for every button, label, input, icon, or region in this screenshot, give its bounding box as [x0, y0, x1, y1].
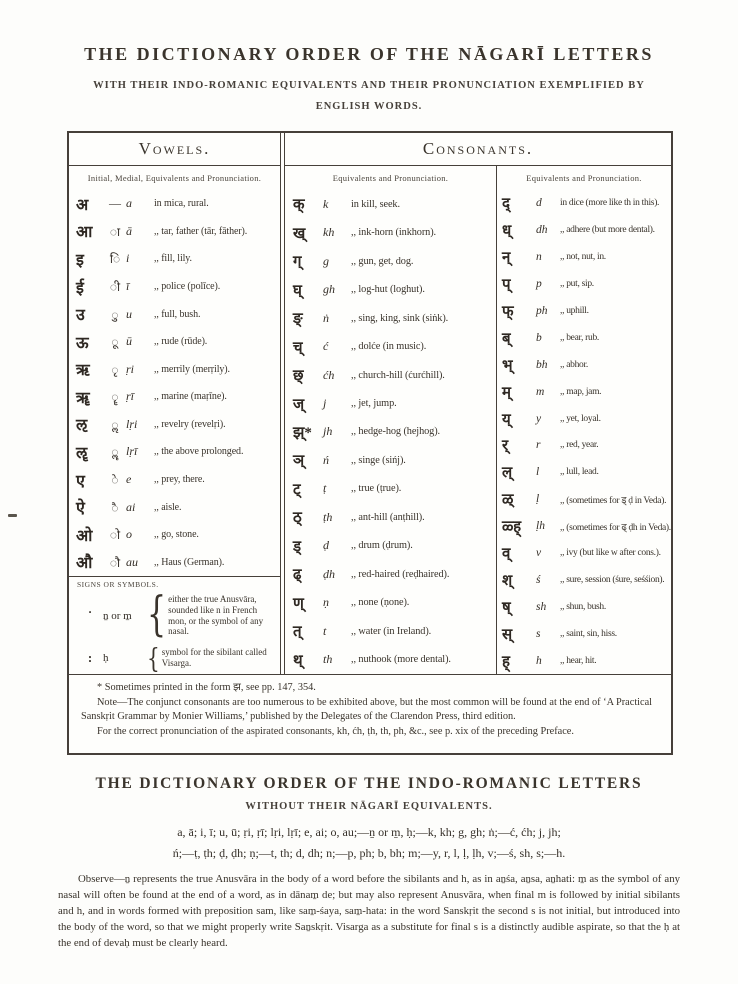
pronunciation-example: ,, marine (maṛīne). [154, 391, 280, 402]
footnote-note: Note—The conjunct consonants are too num… [81, 696, 661, 725]
roman-equivalent: ṭ [323, 481, 351, 496]
nagari-initial-letter: ऌ [76, 413, 104, 435]
roman-equivalent: kh [323, 225, 351, 240]
roman-equivalent: sh [536, 601, 560, 613]
nagari-consonant-letter: च् [293, 337, 323, 357]
pronunciation-example: ,, true (ṭrue). [351, 483, 496, 494]
consonant-row: श् ś ,, sure, session (śure, seśśion). [497, 566, 671, 593]
pronunciation-example: ,, adhere (but more dental). [560, 225, 671, 235]
page-subtitle-line1: WITH THEIR INDO-ROMANIC EQUIVALENTS AND … [0, 80, 738, 91]
pronunciation-example: ,, hear, hit. [560, 656, 671, 666]
vowels-header: Vowels. [69, 133, 280, 166]
consonant-row: भ् bh ,, abhor. [497, 351, 671, 378]
section2-subtitle: WITHOUT THEIR NĀGARĪ EQUIVALENTS. [0, 801, 738, 812]
consonant-row: र् r ,, red, year. [497, 432, 671, 459]
nagari-initial-letter: ओ [76, 524, 104, 546]
consonant-row: घ् gh ,, log-hut (loghut). [285, 275, 496, 303]
pronunciation-example: ,, ivy (but like w after cons.). [560, 548, 671, 558]
nagari-medial-sign: ॢ [104, 416, 126, 433]
consonant-row: स् s ,, saint, sin, hiss. [497, 620, 671, 647]
vowel-row: ऌ ॢ lṛi ,, revelry (revelṛi). [69, 411, 280, 439]
consonant-row: द् d in dice (more like th in this). [497, 190, 671, 217]
table-footnotes: * Sometimes printed in the form झ, see p… [69, 674, 671, 753]
page-subtitle-line2: ENGLISH WORDS. [0, 101, 738, 112]
roman-equivalent: ā [126, 224, 154, 239]
consonants-column-2: Equivalents and Pronunciation. द् d in d… [497, 166, 671, 674]
nagari-medial-sign: ॣ [104, 443, 126, 460]
roman-equivalent: ćh [323, 368, 351, 383]
pronunciation-example: ,, saint, sin, hiss. [560, 629, 671, 639]
pronunciation-example: ,, log-hut (loghut). [351, 284, 496, 295]
consonants-section: Consonants. Equivalents and Pronunciatio… [285, 133, 671, 674]
roman-equivalent: lṛi [126, 417, 154, 432]
consonant-row: ष् sh ,, shun, bush. [497, 593, 671, 620]
consonants-subheader-1: Equivalents and Pronunciation. [285, 166, 496, 190]
vowel-row: आ ा ā ,, tar, father (tār, fāther). [69, 218, 280, 246]
roman-equivalent: g [323, 254, 351, 269]
roman-equivalent: u [126, 307, 154, 322]
nagari-initial-letter: ऋ [76, 358, 104, 380]
roman-equivalent: ń [323, 453, 351, 468]
roman-equivalent: s [536, 628, 560, 640]
vowels-subheader: Initial, Medial, Equivalents and Pronunc… [69, 166, 280, 190]
pronunciation-example: ,, revelry (revelṛi). [154, 419, 280, 430]
nagari-initial-letter: ऊ [76, 331, 104, 353]
roman-equivalent: h [536, 655, 560, 667]
nagari-medial-sign: ृ [104, 361, 126, 378]
nagari-initial-letter: इ [76, 248, 104, 270]
pronunciation-example: ,, church-hill (ćurćhill). [351, 370, 496, 381]
roman-equivalent: th [323, 652, 351, 667]
scan-artifact-mark [8, 514, 17, 517]
pronunciation-example: ,, red-haired (reḍhaired). [351, 569, 496, 580]
vowel-row: ॠ ॄ ṛī ,, marine (maṛīne). [69, 383, 280, 411]
consonant-row: ढ् ḍh ,, red-haired (reḍhaired). [285, 560, 496, 588]
pronunciation-example: ,, ink-horn (inkhorn). [351, 227, 496, 238]
vowels-column: Vowels. Initial, Medial, Equivalents and… [69, 133, 280, 674]
nagari-consonant-letter: घ् [293, 280, 323, 300]
roman-equivalent: e [126, 472, 154, 487]
pronunciation-example: ,, dolće (in music). [351, 341, 496, 352]
nagari-consonant-letter: छ् [293, 365, 323, 385]
roman-equivalent: ṛī [126, 389, 154, 404]
consonant-row: त् t ,, water (in Ireland). [285, 617, 496, 645]
roman-equivalent: ć [323, 339, 351, 354]
letter-order-line2: ń;—ṭ, ṭh; ḍ, ḍh; ṇ;—t, th; d, dh; n;—p, … [56, 843, 682, 864]
nagari-consonant-letter: द् [502, 193, 536, 213]
consonant-row: ळ्ह् ḷh ,, (sometimes for ढ् ḍh in Veda)… [497, 513, 671, 540]
nagari-medial-sign: ा [104, 223, 126, 240]
pronunciation-example: ,, shun, bush. [560, 602, 671, 612]
nagari-consonant-letter: न् [502, 247, 536, 267]
nagari-consonant-letter: ख् [293, 223, 323, 243]
roman-equivalent: ḷ [536, 493, 560, 505]
consonant-row: ण् ṇ ,, none (ṇone). [285, 589, 496, 617]
roman-equivalent: ḍ [323, 538, 351, 553]
vowel-row: ओ ो o ,, go, stone. [69, 521, 280, 549]
nagari-medial-sign: ॄ [104, 388, 126, 405]
pronunciation-example: ,, ant-hill (anṭhill). [351, 512, 496, 523]
nagari-medial-sign: ी [104, 278, 126, 295]
nagari-medial-sign: ु [104, 306, 126, 323]
pronunciation-example: ,, police (polīce). [154, 281, 280, 292]
nagari-initial-letter: ई [76, 276, 104, 298]
consonant-row: ल् l ,, lull, lead. [497, 459, 671, 486]
nagari-consonant-letter: ढ् [293, 564, 323, 584]
roman-equivalent: v [536, 547, 560, 559]
roman-equivalent: bh [536, 359, 560, 371]
nagari-medial-sign: ो [104, 526, 126, 543]
roman-equivalent: y [536, 413, 560, 425]
roman-equivalent: r [536, 439, 560, 451]
nagari-initial-letter: उ [76, 303, 104, 325]
nagari-consonant-letter: ध् [502, 220, 536, 240]
pronunciation-example: ,, not, nut, in. [560, 252, 671, 262]
pronunciation-example: in mica, rural. [154, 198, 280, 209]
nagari-consonant-letter: ब् [502, 328, 536, 348]
signs-symbols-section: SIGNS OR SYMBOLS. ˙ ṉ or m̱ { either the… [69, 576, 280, 674]
pronunciation-example: ,, red, year. [560, 440, 671, 450]
vowel-row: ॡ ॣ lṛī ,, the above prolonged. [69, 438, 280, 466]
pronunciation-example: ,, rude (rūde). [154, 336, 280, 347]
pronunciation-example: ,, the above prolonged. [154, 446, 280, 457]
roman-equivalent: o [126, 527, 154, 542]
roman-equivalent: i [126, 251, 154, 266]
nagari-initial-letter: ऐ [76, 496, 104, 518]
pronunciation-example: ,, gun, get, dog. [351, 256, 496, 267]
nagari-consonant-letter: भ् [502, 355, 536, 375]
consonant-row: य् y ,, yet, loyal. [497, 405, 671, 432]
roman-equivalent: ś [536, 574, 560, 586]
vowel-row: उ ु u ,, full, bush. [69, 300, 280, 328]
nagari-consonant-letter: स् [502, 624, 536, 644]
nagari-consonant-letter: क् [293, 194, 323, 214]
signs-header: SIGNS OR SYMBOLS. [77, 580, 276, 589]
consonant-row: फ् ph ,, uphill. [497, 298, 671, 325]
roman-equivalent: jh [323, 424, 351, 439]
nagari-consonant-letter: ग् [293, 251, 323, 271]
pronunciation-example: in dice (more like th in this). [560, 198, 671, 208]
vowel-row: अ — a in mica, rural. [69, 190, 280, 218]
consonant-row: ड् ḍ ,, drum (ḍrum). [285, 532, 496, 560]
consonant-row: ङ् ṅ ,, sing, king, sink (siṅk). [285, 304, 496, 332]
consonant-columns: Equivalents and Pronunciation. क् k in k… [285, 166, 671, 674]
pronunciation-example: ,, (sometimes for ड् ḍ in Veda). [560, 493, 671, 506]
nagari-consonant-letter: फ् [502, 301, 536, 321]
consonant-row: क् k in kill, seek. [285, 190, 496, 218]
visarga-equivalent: ḥ [103, 652, 147, 664]
pronunciation-example: ,, aisle. [154, 502, 280, 513]
pronunciation-example: ,, water (in Ireland). [351, 626, 496, 637]
observe-paragraph: Observe—ṉ represents the true Anusvāra i… [58, 872, 680, 952]
anusvara-dot-sign: ˙ [77, 608, 103, 624]
consonants-header: Consonants. [285, 133, 671, 166]
section2-title: THE DICTIONARY ORDER OF THE INDO-ROMANIC… [0, 775, 738, 793]
roman-equivalent: t [323, 624, 351, 639]
pronunciation-example: ,, put, sip. [560, 279, 671, 289]
pronunciation-example: ,, prey, there. [154, 474, 280, 485]
roman-equivalent: gh [323, 282, 351, 297]
consonant-rows-1: क् k in kill, seek. ख् kh ,, ink-horn (i… [285, 190, 496, 674]
roman-equivalent: b [536, 332, 560, 344]
vowel-row: ऊ ू ū ,, rude (rūde). [69, 328, 280, 356]
footnote-asterisk: * Sometimes printed in the form झ, see p… [81, 681, 661, 696]
page-title: THE DICTIONARY ORDER OF THE NĀGARĪ LETTE… [0, 44, 738, 65]
roman-equivalent: j [323, 396, 351, 411]
brace-icon: { [147, 642, 160, 674]
letters-table: Vowels. Initial, Medial, Equivalents and… [67, 131, 673, 755]
nagari-consonant-letter: थ् [293, 650, 323, 670]
nagari-medial-sign: े [104, 471, 126, 488]
nagari-consonant-letter: ल् [502, 462, 536, 482]
visarga-colon-sign: : [77, 650, 103, 666]
roman-equivalent: ḍh [323, 567, 351, 582]
nagari-consonant-letter: ञ् [293, 450, 323, 470]
pronunciation-example: ,, yet, loyal. [560, 414, 671, 424]
roman-equivalent: d [536, 197, 560, 209]
roman-equivalent: l [536, 466, 560, 478]
pronunciation-example: ,, none (ṇone). [351, 597, 496, 608]
nagari-consonant-letter: व् [502, 543, 536, 563]
pronunciation-example: ,, nuthook (more dental). [351, 654, 496, 665]
vowel-row: इ ि i ,, fill, lily. [69, 245, 280, 273]
nagari-consonant-letter: य् [502, 409, 536, 429]
consonant-row: ठ् ṭh ,, ant-hill (anṭhill). [285, 503, 496, 531]
vowel-rows: अ — a in mica, rural. आ ा ā ,, tar, fath… [69, 190, 280, 576]
visarga-row: : ḥ { symbol for the sibilant called Vis… [77, 642, 276, 674]
letter-order-line1: a, ā; i, ī; u, ū; ṛi, ṛī; lṛi, lṛī; e, a… [56, 822, 682, 843]
roman-equivalent: au [126, 555, 154, 570]
nagari-medial-sign: — [104, 196, 126, 211]
pronunciation-example: ,, sing, king, sink (siṅk). [351, 313, 496, 324]
vowel-row: ई ी ī ,, police (polīce). [69, 273, 280, 301]
nagari-medial-sign: ि [104, 250, 126, 267]
consonants-column-1: Equivalents and Pronunciation. क् k in k… [285, 166, 497, 674]
nagari-consonant-letter: श् [502, 570, 536, 590]
consonant-row: ञ् ń ,, singe (sińj). [285, 446, 496, 474]
nagari-initial-letter: अ [76, 193, 104, 215]
consonants-subheader-2: Equivalents and Pronunciation. [497, 166, 671, 190]
nagari-consonant-letter: ज् [293, 394, 323, 414]
roman-equivalent: ṭh [323, 510, 351, 525]
pronunciation-example: ,, jet, jump. [351, 398, 496, 409]
pronunciation-example: ,, fill, lily. [154, 253, 280, 264]
consonant-row: झ्* jh ,, hedge-hog (hejhog). [285, 418, 496, 446]
roman-equivalent: ṅ [323, 311, 351, 326]
consonant-row: ट् ṭ ,, true (ṭrue). [285, 475, 496, 503]
roman-equivalent: ū [126, 334, 154, 349]
pronunciation-example: ,, drum (ḍrum). [351, 540, 496, 551]
consonant-row: थ् th ,, nuthook (more dental). [285, 646, 496, 674]
consonant-row: प् p ,, put, sip. [497, 271, 671, 298]
nagari-consonant-letter: ळ् [502, 489, 536, 509]
consonant-row: ज् j ,, jet, jump. [285, 389, 496, 417]
nagari-consonant-letter: ण् [293, 593, 323, 613]
romanic-letter-order: a, ā; i, ī; u, ū; ṛi, ṛī; lṛi, lṛī; e, a… [56, 822, 682, 864]
roman-equivalent: ai [126, 500, 154, 515]
footnote-aspirates: For the correct pronunciation of the asp… [81, 725, 661, 740]
roman-equivalent: ī [126, 279, 154, 294]
consonant-row: ह् h ,, hear, hit. [497, 647, 671, 674]
pronunciation-example: ,, full, bush. [154, 309, 280, 320]
nagari-initial-letter: ॠ [76, 386, 104, 408]
vowel-row: ऋ ृ ṛi ,, merrily (merṛily). [69, 355, 280, 383]
consonant-row: ब् b ,, bear, rub. [497, 324, 671, 351]
nagari-consonant-letter: ष् [502, 597, 536, 617]
scanned-page: THE DICTIONARY ORDER OF THE NĀGARĪ LETTE… [0, 0, 738, 984]
nagari-initial-letter: औ [76, 551, 104, 573]
visarga-description: symbol for the sibilant called Visarga. [162, 647, 276, 668]
consonant-row: न् n ,, not, nut, in. [497, 244, 671, 271]
roman-equivalent: k [323, 197, 351, 212]
nagari-consonant-letter: ट् [293, 479, 323, 499]
nagari-medial-sign: ू [104, 333, 126, 350]
pronunciation-example: ,, map, jam. [560, 387, 671, 397]
pronunciation-example: ,, sure, session (śure, seśśion). [560, 575, 671, 585]
roman-equivalent: n [536, 251, 560, 263]
nagari-medial-sign: ौ [104, 554, 126, 571]
roman-equivalent: p [536, 278, 560, 290]
nagari-consonant-letter: र् [502, 435, 536, 455]
nagari-consonant-letter: ळ्ह् [502, 516, 536, 536]
table-body-area: Vowels. Initial, Medial, Equivalents and… [69, 133, 671, 674]
pronunciation-example: ,, bear, rub. [560, 333, 671, 343]
vowel-row: ए े e ,, prey, there. [69, 466, 280, 494]
pronunciation-example: ,, merrily (merṛily). [154, 364, 280, 375]
consonant-row: ध् dh ,, adhere (but more dental). [497, 217, 671, 244]
roman-equivalent: dh [536, 224, 560, 236]
consonant-row: व् v ,, ivy (but like w after cons.). [497, 540, 671, 567]
roman-equivalent: m [536, 386, 560, 398]
roman-equivalent: a [126, 196, 154, 211]
nagari-consonant-letter: म् [502, 382, 536, 402]
roman-equivalent: ḷh [536, 520, 560, 532]
pronunciation-example: ,, Haus (German). [154, 557, 280, 568]
anusvara-equivalent: ṉ or m̱ [103, 610, 147, 622]
nagari-initial-letter: ॡ [76, 441, 104, 463]
anusvara-row: ˙ ṉ or m̱ { either the true Anusvāra, so… [77, 589, 276, 642]
nagari-consonant-letter: त् [293, 621, 323, 641]
pronunciation-example: ,, tar, father (tār, fāther). [154, 226, 280, 237]
anusvara-description: either the true Anusvāra, sounded like n… [168, 594, 276, 636]
pronunciation-example: ,, abhor. [560, 360, 671, 370]
consonant-rows-2: द् d in dice (more like th in this). ध् … [497, 190, 671, 674]
consonant-row: ळ् ḷ ,, (sometimes for ड् ḍ in Veda). [497, 486, 671, 513]
nagari-consonant-letter: ह् [502, 651, 536, 671]
pronunciation-example: ,, uphill. [560, 306, 671, 316]
consonant-row: च् ć ,, dolće (in music). [285, 332, 496, 360]
nagari-medial-sign: ै [104, 499, 126, 516]
nagari-consonant-letter: ङ् [293, 308, 323, 328]
pronunciation-example: ,, go, stone. [154, 529, 280, 540]
roman-equivalent: lṛī [126, 444, 154, 459]
brace-icon: { [147, 588, 166, 642]
roman-equivalent: ṇ [323, 595, 351, 610]
roman-equivalent: ph [536, 305, 560, 317]
nagari-initial-letter: आ [76, 220, 104, 242]
pronunciation-example: ,, lull, lead. [560, 467, 671, 477]
nagari-consonant-letter: ठ् [293, 507, 323, 527]
roman-equivalent: ṛi [126, 362, 154, 377]
vowel-row: ऐ ै ai ,, aisle. [69, 493, 280, 521]
pronunciation-example: ,, (sometimes for ढ् ḍh in Veda). [560, 520, 671, 533]
vowel-row: औ ौ au ,, Haus (German). [69, 549, 280, 577]
consonant-row: छ् ćh ,, church-hill (ćurćhill). [285, 361, 496, 389]
pronunciation-example: ,, singe (sińj). [351, 455, 496, 466]
nagari-consonant-letter: ड् [293, 536, 323, 556]
nagari-initial-letter: ए [76, 469, 104, 491]
pronunciation-example: ,, hedge-hog (hejhog). [351, 426, 496, 437]
pronunciation-example: in kill, seek. [351, 199, 496, 210]
nagari-consonant-letter: प् [502, 274, 536, 294]
consonant-row: ग् g ,, gun, get, dog. [285, 247, 496, 275]
nagari-consonant-letter: झ्* [293, 422, 323, 442]
consonant-row: म् m ,, map, jam. [497, 378, 671, 405]
consonant-row: ख् kh ,, ink-horn (inkhorn). [285, 218, 496, 246]
